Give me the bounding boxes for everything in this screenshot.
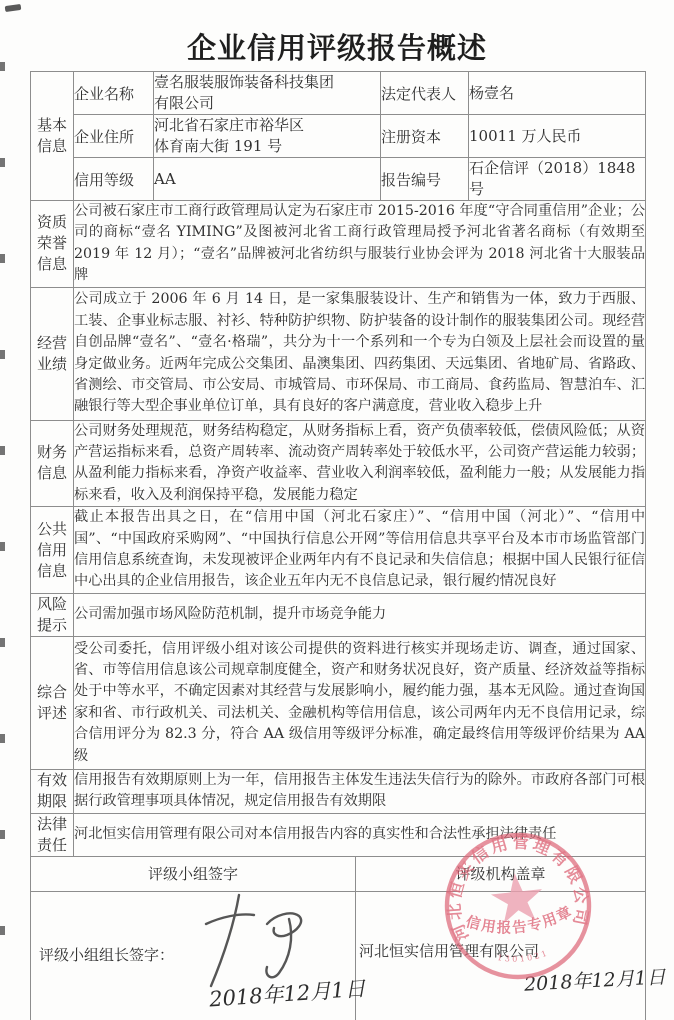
field-label-credit-rating: 信用等级 [74, 158, 154, 201]
section-content-validity-period: 信用报告有效期原则上为一年，信用报告主体发生违法失信行为的除外。市政府各部门可根… [74, 769, 646, 813]
team-leader-signature-label: 评级小组组长签字： [39, 944, 174, 965]
field-value-company-name: 壹名服装服饰装备科技集团 有限公司 [154, 72, 381, 115]
section-content-operating-performance: 公司成立于 2006 年 6 月 14 日，是一家集服装设计、生产和销售为一体，… [74, 287, 646, 420]
scan-artifact-edge-marks [0, 62, 5, 982]
section-content-risk-warning: 公司需加强市场风险防范机制，提升市场竞争能力 [74, 593, 646, 636]
field-value-credit-rating: AA [154, 158, 381, 201]
section-label-risk-warning: 风险提示 [31, 593, 74, 636]
field-value-report-number: 石企信评（2018）1848 号 [469, 158, 646, 201]
section-content-qualification-honors: 公司被石家庄市工商行政管理局认定为石家庄市 2015-2016 年度“守合同重信… [74, 201, 646, 288]
section-content-public-credit-info: 截止本报告出具之日，在“信用中国（河北石家庄）”、“信用中国（河北）”、“信用中… [74, 507, 646, 594]
scan-artifact-corner [5, 4, 22, 12]
signature-header-agency: 评级机构盖章 [356, 856, 646, 891]
field-label-registered-capital: 注册资本 [381, 115, 469, 158]
field-value-company-address: 河北省石家庄市裕华区 体育南大街 191 号 [154, 115, 381, 158]
page-title: 企业信用评级报告概述 [0, 26, 674, 67]
signature-cell-agency: 河北恒实信用管理有限公司 2018年12月1日 [356, 891, 646, 1020]
section-label-validity-period: 有效期限 [31, 769, 74, 813]
section-content-financial-info: 公司财务处理规范，财务结构稳定，从财务指标上看，资产负债率较低，偿债风险低；从资… [74, 420, 646, 507]
report-table: 基本信息 企业名称 壹名服装服饰装备科技集团 有限公司 法定代表人 杨壹名 企业… [30, 71, 646, 1020]
scanned-report-page: 企业信用评级报告概述 基本信息 企业名称 壹名服装服饰装备科技集团 有限公司 法… [0, 0, 674, 1020]
section-label-legal-liability: 法律责任 [31, 813, 74, 856]
section-label-financial-info: 财务信息 [31, 420, 74, 507]
agency-signature-date: 2018年12月1日 [523, 962, 666, 996]
field-label-company-name: 企业名称 [74, 72, 154, 115]
signature-cell-team: 评级小组组长签字： 2018年12月1日 [31, 891, 356, 1020]
section-content-comprehensive-review: 受公司委托，信用评级小组对该公司提供的资料进行核实并现场走访、调查，通过国家、省… [74, 636, 646, 769]
field-value-registered-capital: 10011 万人民币 [469, 115, 646, 158]
section-label-comprehensive-review: 综合评述 [31, 636, 74, 769]
section-label-qualification-honors: 资质荣誉信息 [31, 201, 74, 288]
agency-name-text: 河北恒实信用管理有限公司 [359, 940, 539, 961]
section-label-basic-info: 基本信息 [31, 72, 74, 201]
field-label-legal-representative: 法定代表人 [381, 72, 469, 115]
field-label-company-address: 企业住所 [74, 115, 154, 158]
section-label-public-credit-info: 公共信用信息 [31, 507, 74, 594]
field-label-report-number: 报告编号 [381, 158, 469, 201]
field-value-legal-representative: 杨壹名 [469, 72, 646, 115]
signature-header-team: 评级小组签字 [31, 856, 356, 891]
section-label-operating-performance: 经营业绩 [31, 287, 74, 420]
section-content-legal-liability: 河北恒实信用管理有限公司对本信用报告内容的真实性和合法性承担法律责任 [74, 813, 646, 856]
